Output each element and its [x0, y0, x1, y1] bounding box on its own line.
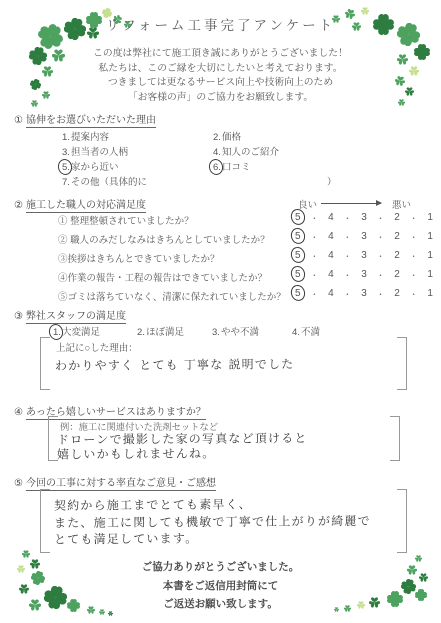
q1-option-7-close-paren: ） — [327, 174, 337, 188]
option-label: 価格 — [222, 132, 241, 143]
rating-value: 1 — [427, 212, 433, 223]
rating-selected: 5 — [295, 231, 301, 242]
rating-value: 2 — [394, 212, 400, 223]
rating-value: 2 — [394, 269, 400, 280]
q2-row-label: ⑤ゴミは落ちていなく、清潔に保たれていましたか？ — [58, 289, 286, 303]
option-number: 7. — [62, 177, 70, 188]
q1-option-6: 6.口コミ — [213, 159, 250, 173]
option-label: 口コミ — [222, 162, 251, 173]
q2-rating-scale: 5・4・3・2・1 — [295, 212, 433, 223]
option-label: 担当者の人柄 — [71, 147, 128, 158]
scale-dot: ・ — [343, 289, 351, 300]
q1-option-5: 5.家から近い — [62, 159, 118, 173]
rating-selected: 5 — [295, 212, 301, 223]
footer-line: ご協力ありがとうございました。 — [0, 558, 441, 577]
rating-selected: 5 — [295, 288, 301, 299]
q2-rating-scale: 5・4・3・2・1 — [295, 269, 433, 280]
rating-selected: 5 — [295, 269, 301, 280]
scale-dot: ・ — [310, 289, 318, 300]
option-number-circled: 5. — [62, 162, 70, 173]
q1-option-3: 3.担当者の人柄 — [62, 144, 128, 158]
q2-rating-scale: 5・4・3・2・1 — [295, 288, 433, 299]
rating-value: 3 — [361, 212, 367, 223]
option-label: 家から近い — [71, 162, 119, 173]
scale-dot: ・ — [377, 251, 385, 262]
q1-option-4: 4.知人のご紹介 — [213, 144, 279, 158]
rating-value: 2 — [394, 250, 400, 261]
section-1-heading: ①協伸をお選びいただいた理由 — [14, 111, 156, 126]
section-heading-text: 弊社スタッフの満足度 — [26, 311, 126, 324]
scale-dot: ・ — [343, 251, 351, 262]
scale-dot: ・ — [410, 251, 418, 262]
intro-line: つきましては更なるサービス向上や技術向上のため — [0, 76, 441, 91]
q3-option-3: 3.やや不満 — [212, 324, 259, 338]
section-heading-text: 協伸をお選びいただいた理由 — [26, 115, 156, 128]
intro-line: この度は弊社にて施工頂き誠にありがとうございました！ — [0, 47, 441, 62]
option-label: 知人のご紹介 — [222, 147, 279, 158]
scale-dot: ・ — [377, 232, 385, 243]
rating-value: 4 — [328, 250, 334, 261]
rating-value: 3 — [361, 231, 367, 242]
q5-handwritten-line: また、施工に関しても機敏で丁寧で仕上がりが綺麗で — [54, 512, 371, 531]
arrow-icon — [321, 203, 381, 204]
rating-value: 2 — [394, 231, 400, 242]
intro-line: 「お客様の声」のご協力をお願致します。 — [0, 91, 441, 106]
intro-text: この度は弊社にて施工頂き誠にありがとうございました！ 私たちは、このご縁を大切に… — [0, 47, 441, 105]
section-number: ② — [14, 200, 23, 211]
option-number-circled: 6. — [213, 162, 221, 173]
rating-value: 4 — [328, 212, 334, 223]
q3-reason-label: 上記に○した理由： — [56, 340, 138, 354]
scale-dot: ・ — [410, 289, 418, 300]
survey-page: リフォーム工事完了アンケート この度は弊社にて施工頂き誠にありがとうございました… — [0, 0, 441, 623]
q1-option-1: 1.提案内容 — [62, 129, 109, 143]
option-label: 提案内容 — [71, 132, 109, 143]
section-5-heading: ⑤今回の工事に対する率直なご意見・ご感想 — [14, 474, 216, 489]
scale-dot: ・ — [377, 213, 385, 224]
section-heading-text: 施工した職人の対応満足度 — [26, 200, 146, 213]
section-number: ⑤ — [14, 478, 23, 489]
q2-rating-scale: 5・4・3・2・1 — [295, 231, 433, 242]
option-number: 3. — [62, 147, 70, 158]
scale-dot: ・ — [310, 270, 318, 281]
scale-dot: ・ — [310, 213, 318, 224]
section-number: ④ — [14, 407, 23, 418]
clover-icon — [22, 550, 30, 558]
footer-line: 本書をご返信用封筒にて — [0, 577, 441, 596]
option-number: 1. — [62, 132, 70, 143]
rating-value: 3 — [361, 250, 367, 261]
rating-value: 4 — [328, 231, 334, 242]
q3-option-4: 4.不満 — [292, 324, 320, 338]
rating-selected: 5 — [295, 250, 301, 261]
q1-option-2: 2.価格 — [213, 129, 241, 143]
q2-row-label: ① 整理整頓されていましたか？ — [58, 213, 194, 227]
rating-value: 3 — [361, 288, 367, 299]
q2-row-label: ③挨拶はきちんとできていましたか？ — [58, 251, 220, 265]
footer-line: ご返送お願い致します。 — [0, 595, 441, 614]
q3-option-1: 1.大変満足 — [53, 324, 100, 338]
q2-row-label: ④作業の報告・工程の報告はできていましたか？ — [58, 270, 267, 284]
section-number: ③ — [14, 311, 23, 322]
rating-value: 1 — [427, 269, 433, 280]
scale-dot: ・ — [410, 232, 418, 243]
rating-value: 4 — [328, 269, 334, 280]
q2-row-label: ② 職人のみだしなみはきちんとしていましたか？ — [58, 232, 270, 246]
rating-value: 4 — [328, 288, 334, 299]
q1-option-7: 7.その他（具体的に — [62, 174, 147, 188]
q3-option-2: 2.ほぼ満足 — [137, 324, 184, 338]
section-2-heading: ②施工した職人の対応満足度 — [14, 196, 146, 211]
rating-value: 1 — [427, 288, 433, 299]
scale-bad-label: 悪い — [392, 197, 411, 211]
option-number: 2. — [213, 132, 221, 143]
scale-dot: ・ — [343, 232, 351, 243]
option-label: その他（具体的に — [71, 177, 147, 188]
q5-handwritten-line: とても満足しています。 — [54, 529, 198, 547]
page-title: リフォーム工事完了アンケート — [0, 14, 441, 34]
q2-rating-scale: 5・4・3・2・1 — [295, 250, 433, 261]
q3-handwritten-answer: わかりやすく とても 丁寧な 説明でした — [55, 355, 295, 374]
section-number: ① — [14, 115, 23, 126]
rating-value: 1 — [427, 250, 433, 261]
q4-handwritten-line: 嬉しいかもしれませんね。 — [57, 444, 216, 462]
scale-dot: ・ — [343, 270, 351, 281]
intro-line: 私たちは、このご縁を大切にしたいと考えております。 — [0, 62, 441, 77]
footer-text: ご協力ありがとうございました。 本書をご返信用封筒にて ご返送お願い致します。 — [0, 558, 441, 614]
scale-dot: ・ — [377, 289, 385, 300]
rating-value: 2 — [394, 288, 400, 299]
scale-dot: ・ — [410, 270, 418, 281]
rating-value: 1 — [427, 231, 433, 242]
scale-dot: ・ — [310, 232, 318, 243]
q5-handwritten-line: 契約から施工までとても素早く、 — [54, 495, 252, 513]
section-3-heading: ③弊社スタッフの満足度 — [14, 307, 126, 322]
scale-dot: ・ — [377, 270, 385, 281]
scale-dot: ・ — [310, 251, 318, 262]
scale-dot: ・ — [343, 213, 351, 224]
option-number: 4. — [213, 147, 221, 158]
rating-value: 3 — [361, 269, 367, 280]
scale-dot: ・ — [410, 213, 418, 224]
